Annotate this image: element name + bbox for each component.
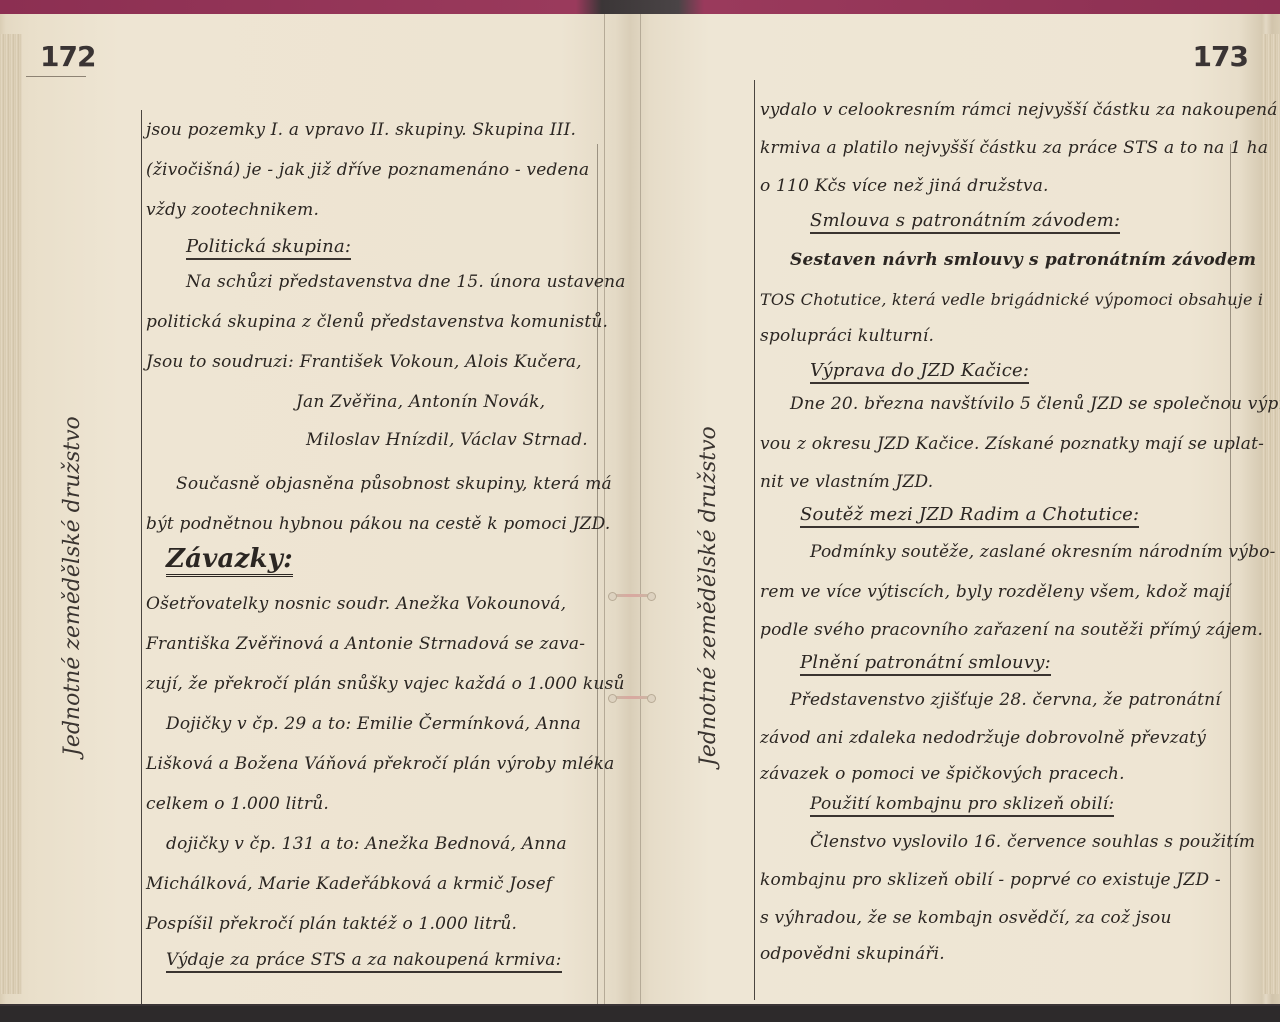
text-line: krmiva a platilo nejvyšší částku za prác…: [760, 138, 1268, 158]
right-page-text: vydalo v celookresním rámci nejvyšší čás…: [760, 14, 1230, 1004]
text-line: Podmínky soutěže, zaslané okresním národ…: [810, 542, 1276, 562]
text-line: Sestaven návrh smlouvy s patronátním záv…: [790, 250, 1256, 270]
text-line: závod ani zdaleka nedodržuje dobrovolně …: [760, 728, 1206, 748]
margin-rule-left: [141, 110, 142, 1004]
section-heading-competition: Soutěž mezi JZD Radim a Chotutice:: [800, 504, 1139, 528]
text-line: Dne 20. března navštívilo 5 členů JZD se…: [790, 394, 1280, 414]
binding-rule-left: [604, 14, 605, 1004]
text-line: Členstvo vyslovilo 16. července souhlas …: [810, 832, 1255, 852]
book-cover-bottom: [0, 1006, 1280, 1022]
text-line: vydalo v celookresním rámci nejvyšší čás…: [760, 100, 1278, 120]
text-line: závazek o pomoci ve špičkových pracech.: [760, 764, 1125, 784]
section-heading-trip-kacice: Výprava do JZD Kačice:: [810, 360, 1029, 384]
binding-rule-right: [640, 14, 641, 1004]
left-page-text-end: [146, 14, 596, 1004]
text-line: podle svého pracovního zařazení na soutě…: [760, 620, 1263, 640]
text-line: o 110 Kčs více než jiná družstva.: [760, 176, 1049, 196]
page-edges-left: [0, 34, 22, 994]
section-heading-fulfillment: Plnění patronátní smlouvy:: [800, 652, 1051, 676]
text-line: nit ve vlastním JZD.: [760, 472, 933, 492]
section-heading-patronage-contract: Smlouva s patronátním závodem:: [810, 210, 1120, 234]
text-line: rem ve více výtiscích, byly rozděleny vš…: [760, 582, 1231, 602]
binding-stitch-upper: [612, 594, 652, 597]
right-rule-right: [1230, 144, 1231, 1004]
text-line: kombajnu pro sklizeň obilí - poprvé co e…: [760, 870, 1221, 890]
margin-rule-right: [754, 80, 755, 1000]
page-number-left: 172: [40, 40, 95, 73]
text-line: spolupráci kulturní.: [760, 326, 934, 346]
binding-stitch-lower: [612, 696, 652, 699]
page-number-rule: [26, 76, 86, 77]
text-line: odpovědni skupináři.: [760, 944, 945, 964]
margin-note-right: Jednotné zemědělské družstvo: [696, 426, 721, 766]
text-line: TOS Chotutice, která vedle brigádnické v…: [760, 290, 1263, 309]
text-line: Představenstvo zjišťuje 28. června, že p…: [790, 690, 1221, 710]
right-page: 173 Jednotné zemědělské družstvo vydalo …: [630, 14, 1280, 1004]
section-heading-combine: Použití kombajnu pro sklizeň obilí:: [810, 794, 1114, 817]
text-line: s výhradou, že se kombajn osvědčí, za co…: [760, 908, 1172, 928]
open-book-spread: 172 Jednotné zemědělské družstvo jsou po…: [0, 8, 1280, 1008]
page-edges-right: [1262, 34, 1280, 994]
text-line: vou z okresu JZD Kačice. Získané poznatk…: [760, 434, 1264, 454]
margin-note-left: Jednotné zemědělské družstvo: [60, 416, 85, 756]
